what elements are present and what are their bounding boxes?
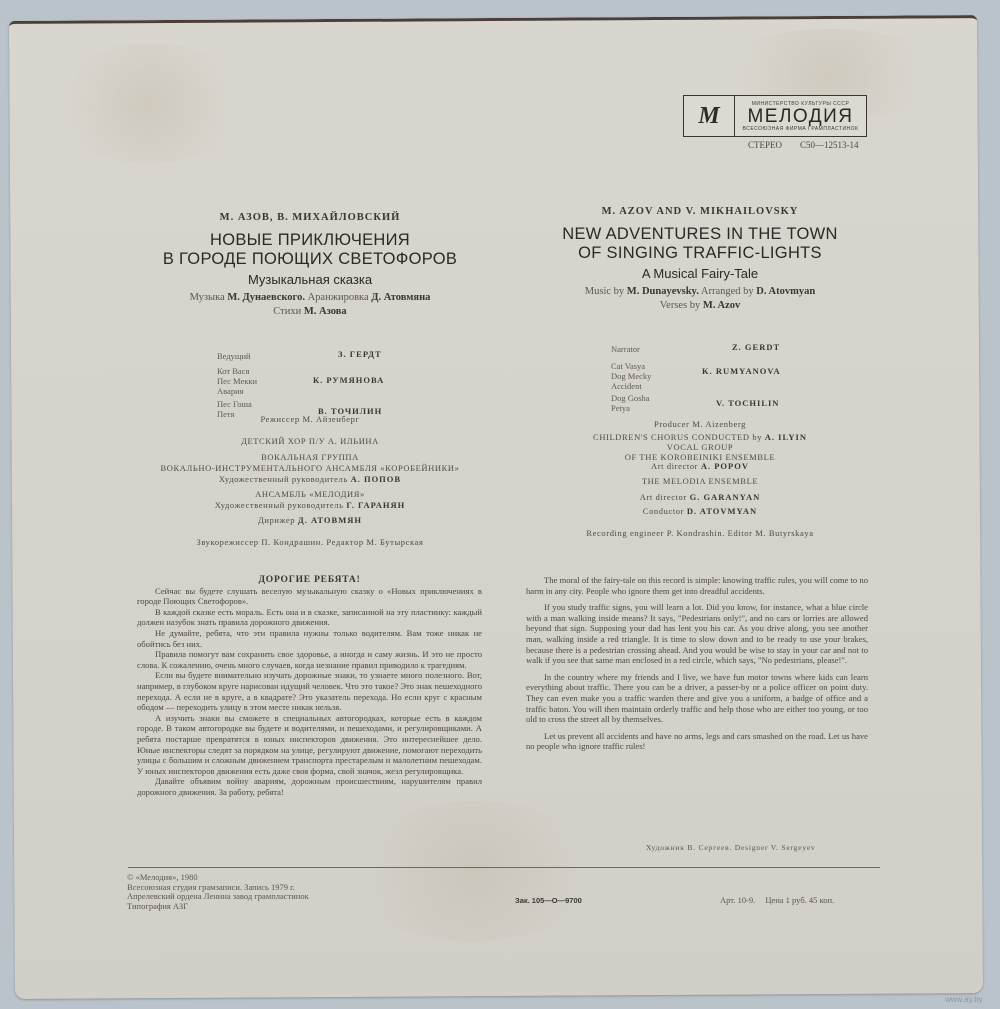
en-cast-actor-2: V. TOCHILIN (716, 398, 779, 408)
printing: Типография АЗГ (127, 902, 309, 912)
ru-title-line1: НОВЫЕ ПРИКЛЮЧЕНИЯ (110, 231, 510, 250)
ru-arranger-name: Д. Атовмяна (371, 292, 430, 303)
catalog-info: СТЕРЕО С50—12513-14 (748, 140, 859, 150)
ru-art-director-1: Художественный руководитель А. ПОПОВ (110, 474, 510, 485)
name: D. ATOVMYAN (687, 506, 757, 516)
ru-subtitle: Музыкальная сказка (110, 272, 510, 287)
role: Кот Вася (217, 366, 257, 376)
role: Ведущий (217, 351, 251, 361)
role: Пес Мекки (217, 376, 257, 386)
price: Цена 1 руб. 45 коп. (765, 895, 834, 905)
watermark: www.ay.by (945, 995, 983, 1004)
ru-letter: ДОРОГИЕ РЕБЯТА! Сейчас вы будете слушать… (137, 575, 482, 797)
ru-art-director-2: Художественный руководитель Г. ГАРАНЯН (110, 500, 510, 511)
label-company: ВСЕСОЮЗНАЯ ФИРМА ГРАМПЛАСТИНОК (743, 126, 859, 132)
paper-stain (344, 800, 605, 942)
role: Narrator (611, 344, 640, 354)
role: Cat Vasya (611, 361, 651, 371)
ru-letter-paragraph: В каждой сказке есть мораль. Есть она и … (137, 607, 482, 628)
role: Dog Mecky (611, 371, 651, 381)
en-title: NEW ADVENTURES IN THE TOWN OF SINGING TR… (520, 225, 880, 263)
en-arranger-name: D. Atovmyan (756, 286, 815, 297)
en-music-name: M. Dunayevsky. (627, 286, 699, 297)
name: Г. ГАРАНЯН (346, 500, 405, 510)
en-authors: M. AZOV AND V. MIKHAILOVSKY (520, 206, 880, 217)
ru-verses-name: М. Азова (304, 306, 347, 317)
en-paragraph: If you study traffic signs, you will lea… (526, 602, 868, 666)
en-producer: Producer M. Aizenberg (520, 419, 880, 430)
prefix: Art director (640, 492, 687, 502)
prefix: Дирижер (258, 515, 295, 525)
en-body: The moral of the fairy-tale on this reco… (526, 575, 868, 758)
ru-cast-roles-1: Кот Вася Пес Мекки Авария (217, 366, 257, 396)
ru-director: Режиссер М. Айзенберг (110, 414, 510, 425)
en-art-director-1: Art director A. POPOV (520, 461, 880, 472)
en-verses-prefix: Verses by (660, 300, 701, 311)
prefix: Art director (651, 461, 698, 471)
footer-divider (128, 867, 880, 868)
ru-music-name: М. Дунаевского. (227, 292, 305, 303)
en-cast-roles-0: Narrator (611, 344, 640, 354)
ru-cast-roles-0: Ведущий (217, 351, 251, 361)
ru-letter-paragraph: Давайте объявим войну авариям, дорожным … (137, 776, 482, 797)
melodiya-label: М МИНИСТЕРСТВО КУЛЬТУРЫ СССР МЕЛОДИЯ ВСЕ… (683, 95, 867, 137)
english-header: M. AZOV AND V. MIKHAILOVSKY NEW ADVENTUR… (520, 206, 880, 313)
en-verses-name: M. Azov (703, 300, 740, 311)
en-arranger-prefix: Arranged by (701, 286, 754, 297)
en-title-line1: NEW ADVENTURES IN THE TOWN (520, 225, 880, 244)
en-cast-roles-2: Dog Gosha Petya (611, 393, 649, 413)
en-paragraph: The moral of the fairy-tale on this reco… (526, 575, 868, 596)
ru-ensemble: ВОКАЛЬНО-ИНСТРУМЕНТАЛЬНОГО АНСАМБЛЯ «КОР… (110, 463, 510, 474)
prefix: Художественный руководитель (219, 474, 348, 484)
ru-cast-actor-1: К. РУМЯНОВА (313, 375, 384, 385)
role: Petya (611, 403, 649, 413)
ru-engineer: Звукорежиссер П. Кондрашин. Редактор М. … (110, 537, 510, 548)
ru-chorus: ДЕТСКИЙ ХОР П/У А. ИЛЬИНА (110, 436, 510, 447)
en-engineer: Recording engineer P. Kondrashin. Editor… (520, 528, 880, 539)
en-title-line2: OF SINGING TRAFFIC-LIGHTS (520, 244, 880, 263)
ru-music-prefix: Музыка (190, 292, 225, 303)
en-music-credits: Music by M. Dunayevsky. Arranged by D. A… (520, 285, 880, 313)
en-paragraph: In the country where my friends and I li… (526, 672, 868, 725)
ru-cast-actor-0: З. ГЕРДТ (338, 349, 382, 359)
en-subtitle: A Musical Fairy-Tale (520, 266, 880, 281)
ru-letter-paragraph: Правила помогут вам сохранить свое здоро… (137, 649, 482, 670)
russian-header: М. АЗОВ, В. МИХАЙЛОВСКИЙ НОВЫЕ ПРИКЛЮЧЕН… (110, 212, 510, 319)
en-music-prefix: Music by (585, 286, 624, 297)
order-number: Зак. 105—О—9700 (515, 896, 582, 905)
footer-imprint: © «Мелодия», 1980 Всесоюзная студия грам… (127, 873, 309, 911)
en-cast-roles-1: Cat Vasya Dog Mecky Accident (611, 361, 651, 391)
melodiya-logo-icon: М (684, 96, 735, 136)
ru-letter-paragraph: Если вы будете внимательно изучать дорож… (137, 670, 482, 712)
name: A. POPOV (701, 461, 749, 471)
ru-letter-paragraph: Сейчас вы будете слушать веселую музыкал… (137, 586, 482, 607)
ru-title: НОВЫЕ ПРИКЛЮЧЕНИЯ В ГОРОДЕ ПОЮЩИХ СВЕТОФ… (110, 231, 510, 269)
ru-title-line2: В ГОРОДЕ ПОЮЩИХ СВЕТОФОРОВ (110, 250, 510, 269)
designer-credit: Художник В. Сергеев. Designer V. Sergeye… (646, 843, 816, 852)
name: Д. АТОВМЯН (298, 515, 362, 525)
en-ensemble-2: THE MELODIA ENSEMBLE (520, 476, 880, 487)
ru-conductor: Дирижер Д. АТОВМЯН (110, 515, 510, 526)
ru-authors: М. АЗОВ, В. МИХАЙЛОВСКИЙ (110, 212, 510, 223)
role: Accident (611, 381, 651, 391)
catalog-number: С50—12513-14 (800, 140, 859, 150)
paper-stain (49, 42, 250, 163)
price-info: Арт. 10-9. Цена 1 руб. 45 коп. (720, 895, 834, 905)
en-cast-actor-0: Z. GERDT (732, 342, 780, 352)
name: G. GARANYAN (690, 492, 761, 502)
en-art-director-2: Art director G. GARANYAN (520, 492, 880, 503)
en-cast-actor-1: K. RUMYANOVA (702, 366, 781, 376)
ru-music-credits: Музыка М. Дунаевского. Аранжировка Д. Ат… (110, 291, 510, 319)
prefix: Conductor (643, 506, 684, 516)
ru-ensemble-2: АНСАМБЛЬ «МЕЛОДИЯ» (110, 489, 510, 500)
stereo-label: СТЕРЕО (748, 140, 782, 150)
name: A. ILYIN (765, 432, 807, 442)
ru-arranger-prefix: Аранжировка (308, 292, 369, 303)
ru-letter-paragraph: Не думайте, ребята, что эти правила нужн… (137, 628, 482, 649)
prefix: CHILDREN'S CHORUS CONDUCTED by (593, 432, 762, 442)
en-conductor: Conductor D. ATOVMYAN (520, 506, 880, 517)
ru-verses-prefix: Стихи (273, 306, 301, 317)
article-number: Арт. 10-9. (720, 895, 755, 905)
label-brand: МЕЛОДИЯ (747, 107, 853, 126)
en-paragraph: Let us prevent all accidents and have no… (526, 731, 868, 752)
role: Dog Gosha (611, 393, 649, 403)
role: Авария (217, 386, 257, 396)
name: А. ПОПОВ (351, 474, 402, 484)
ru-letter-title: ДОРОГИЕ РЕБЯТА! (137, 575, 482, 586)
ru-letter-paragraph: А изучить знаки вы сможете в специальных… (137, 713, 482, 777)
ru-vocal-group: ВОКАЛЬНАЯ ГРУППА (110, 452, 510, 463)
role: Пес Гоша (217, 399, 252, 409)
prefix: Художественный руководитель (215, 500, 344, 510)
